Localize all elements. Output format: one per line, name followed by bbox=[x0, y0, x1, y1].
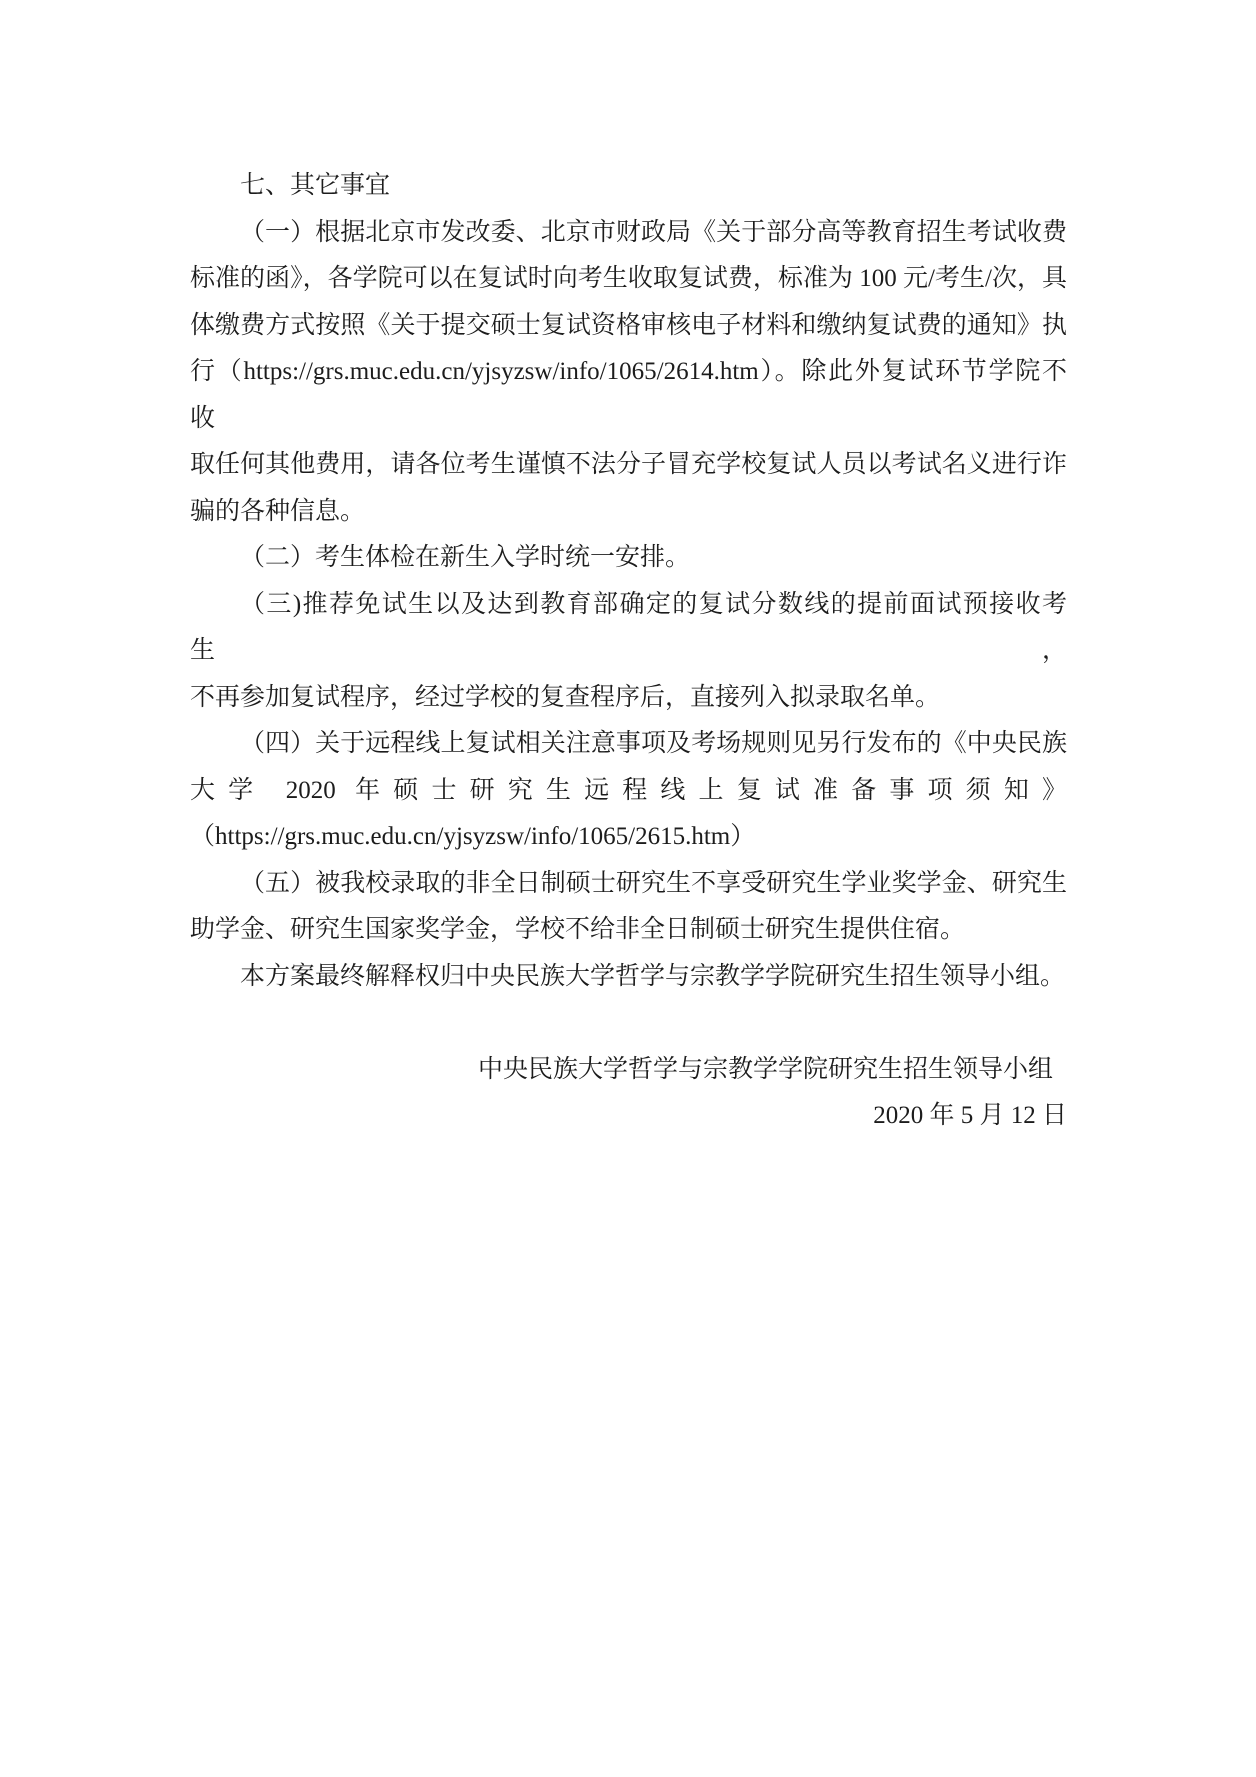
item5-line2: 助学金、研究生国家奖学金，学校不给非全日制硕士研究生提供住宿。 bbox=[190, 907, 1067, 954]
item3-line2: 不再参加复试程序，经过学校的复查程序后，直接列入拟录取名单。 bbox=[190, 675, 1067, 722]
item4-line2: 大学 2020 年硕士研究生远程线上复试准备事项须知》 bbox=[190, 768, 1067, 815]
item1-line1: （一）根据北京市发改委、北京市财政局《关于部分高等教育招生考试收费 bbox=[190, 210, 1067, 257]
closing-statement: 本方案最终解释权归中央民族大学哲学与宗教学学院研究生招生领导小组。 bbox=[190, 954, 1067, 1001]
item3-line1: （三)推荐免试生以及达到教育部确定的复试分数线的提前面试预接收考生， bbox=[190, 582, 1067, 675]
item-2: （二）考生体检在新生入学时统一安排。 bbox=[190, 535, 1067, 582]
section-heading: 七、其它事宜 bbox=[190, 163, 1067, 210]
item2-line1: （二）考生体检在新生入学时统一安排。 bbox=[190, 535, 1067, 582]
item1-line2: 标准的函》，各学院可以在复试时向考生收取复试费，标准为 100 元/考生/次，具 bbox=[190, 256, 1067, 303]
item4-line1: （四）关于远程线上复试相关注意事项及考场规则见另行发布的《中央民族 bbox=[190, 721, 1067, 768]
blank-line bbox=[190, 1000, 1067, 1047]
item1-line6: 骗的各种信息。 bbox=[190, 489, 1067, 536]
item-1: （一）根据北京市发改委、北京市财政局《关于部分高等教育招生考试收费 标准的函》，… bbox=[190, 210, 1067, 536]
date-line: 2020 年 5 月 12 日 bbox=[190, 1093, 1067, 1140]
item1-line5: 取任何其他费用，请各位考生谨慎不法分子冒充学校复试人员以考试名义进行诈 bbox=[190, 442, 1067, 489]
item1-line3: 体缴费方式按照《关于提交硕士复试资格审核电子材料和缴纳复试费的通知》执 bbox=[190, 303, 1067, 350]
item4-line3: （https://grs.muc.edu.cn/yjsyzsw/info/106… bbox=[190, 814, 1067, 861]
document-body: 七、其它事宜 （一）根据北京市发改委、北京市财政局《关于部分高等教育招生考试收费… bbox=[190, 163, 1067, 1140]
signature-line: 中央民族大学哲学与宗教学学院研究生招生领导小组 bbox=[190, 1047, 1067, 1094]
item-3: （三)推荐免试生以及达到教育部确定的复试分数线的提前面试预接收考生， 不再参加复… bbox=[190, 582, 1067, 722]
item-4: （四）关于远程线上复试相关注意事项及考场规则见另行发布的《中央民族 大学 202… bbox=[190, 721, 1067, 861]
document-page: 七、其它事宜 （一）根据北京市发改委、北京市财政局《关于部分高等教育招生考试收费… bbox=[0, 0, 1256, 1777]
item-5: （五）被我校录取的非全日制硕士研究生不享受研究生学业奖学金、研究生 助学金、研究… bbox=[190, 861, 1067, 954]
item1-line4: 行（https://grs.muc.edu.cn/yjsyzsw/info/10… bbox=[190, 349, 1067, 442]
item5-line1: （五）被我校录取的非全日制硕士研究生不享受研究生学业奖学金、研究生 bbox=[190, 861, 1067, 908]
